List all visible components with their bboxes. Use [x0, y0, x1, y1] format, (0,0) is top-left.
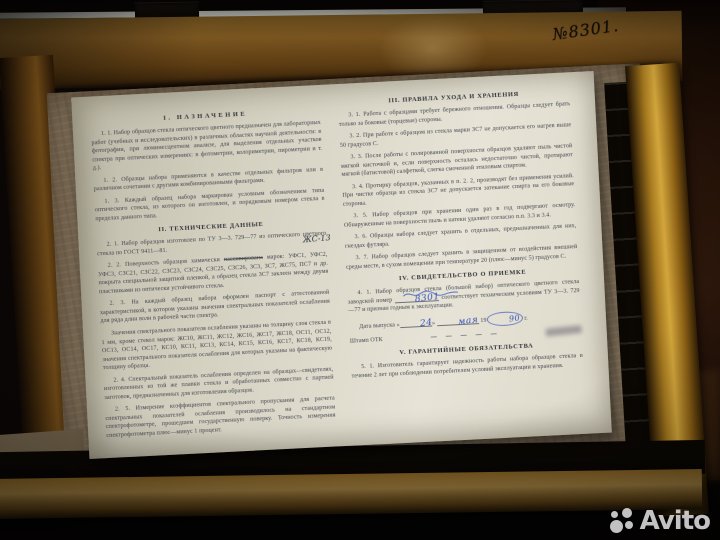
- year-handwritten: 90: [499, 312, 521, 326]
- day-handwritten: 24: [410, 322, 433, 328]
- stamp-smudge: [545, 325, 582, 337]
- doc-paragraph: 1. 1. Набор образцов стекла оптического …: [91, 119, 323, 173]
- year-circle-mark: 90: [486, 311, 523, 326]
- pencil-dashes: [431, 333, 497, 337]
- right-column: III. ПРАВИЛА УХОДА И ХРАНЕНИЯ 3. 1. Рабо…: [337, 82, 583, 385]
- avito-watermark: Avito: [610, 508, 710, 534]
- doc-paragraph: 2. 5. Измерение коэффициентов спектральн…: [105, 395, 336, 441]
- avito-watermark-text: Avito: [640, 508, 710, 534]
- day-blank: 24: [400, 321, 433, 328]
- month-blank: мая: [437, 319, 479, 326]
- sheet-content: I. НАЗНАЧЕНИЕ 1. 1. Набор образцов стекл…: [71, 71, 612, 459]
- year-suffix: г.: [524, 316, 528, 322]
- box-front-rail: [0, 469, 702, 519]
- year-printed: 19: [480, 318, 486, 324]
- stamp-label: Штамп ОТК: [350, 336, 383, 346]
- doc-paragraph: Значения спектрального показателя ослабл…: [101, 319, 333, 373]
- photo-scene: №8301. I. НАЗНАЧЕНИЕ 1. 1. Набор образцо…: [0, 0, 720, 540]
- instruction-sheet: I. НАЗНАЧЕНИЕ 1. 1. Набор образцов стекл…: [71, 71, 612, 459]
- left-column: I. НАЗНАЧЕНИЕ 1. 1. Набор образцов стекл…: [90, 101, 337, 444]
- avito-logo-icon: [610, 508, 635, 534]
- struck-word: пассивирована: [224, 255, 263, 263]
- date-label: Дата выпуска «: [359, 322, 400, 330]
- month-handwritten: мая: [448, 319, 478, 326]
